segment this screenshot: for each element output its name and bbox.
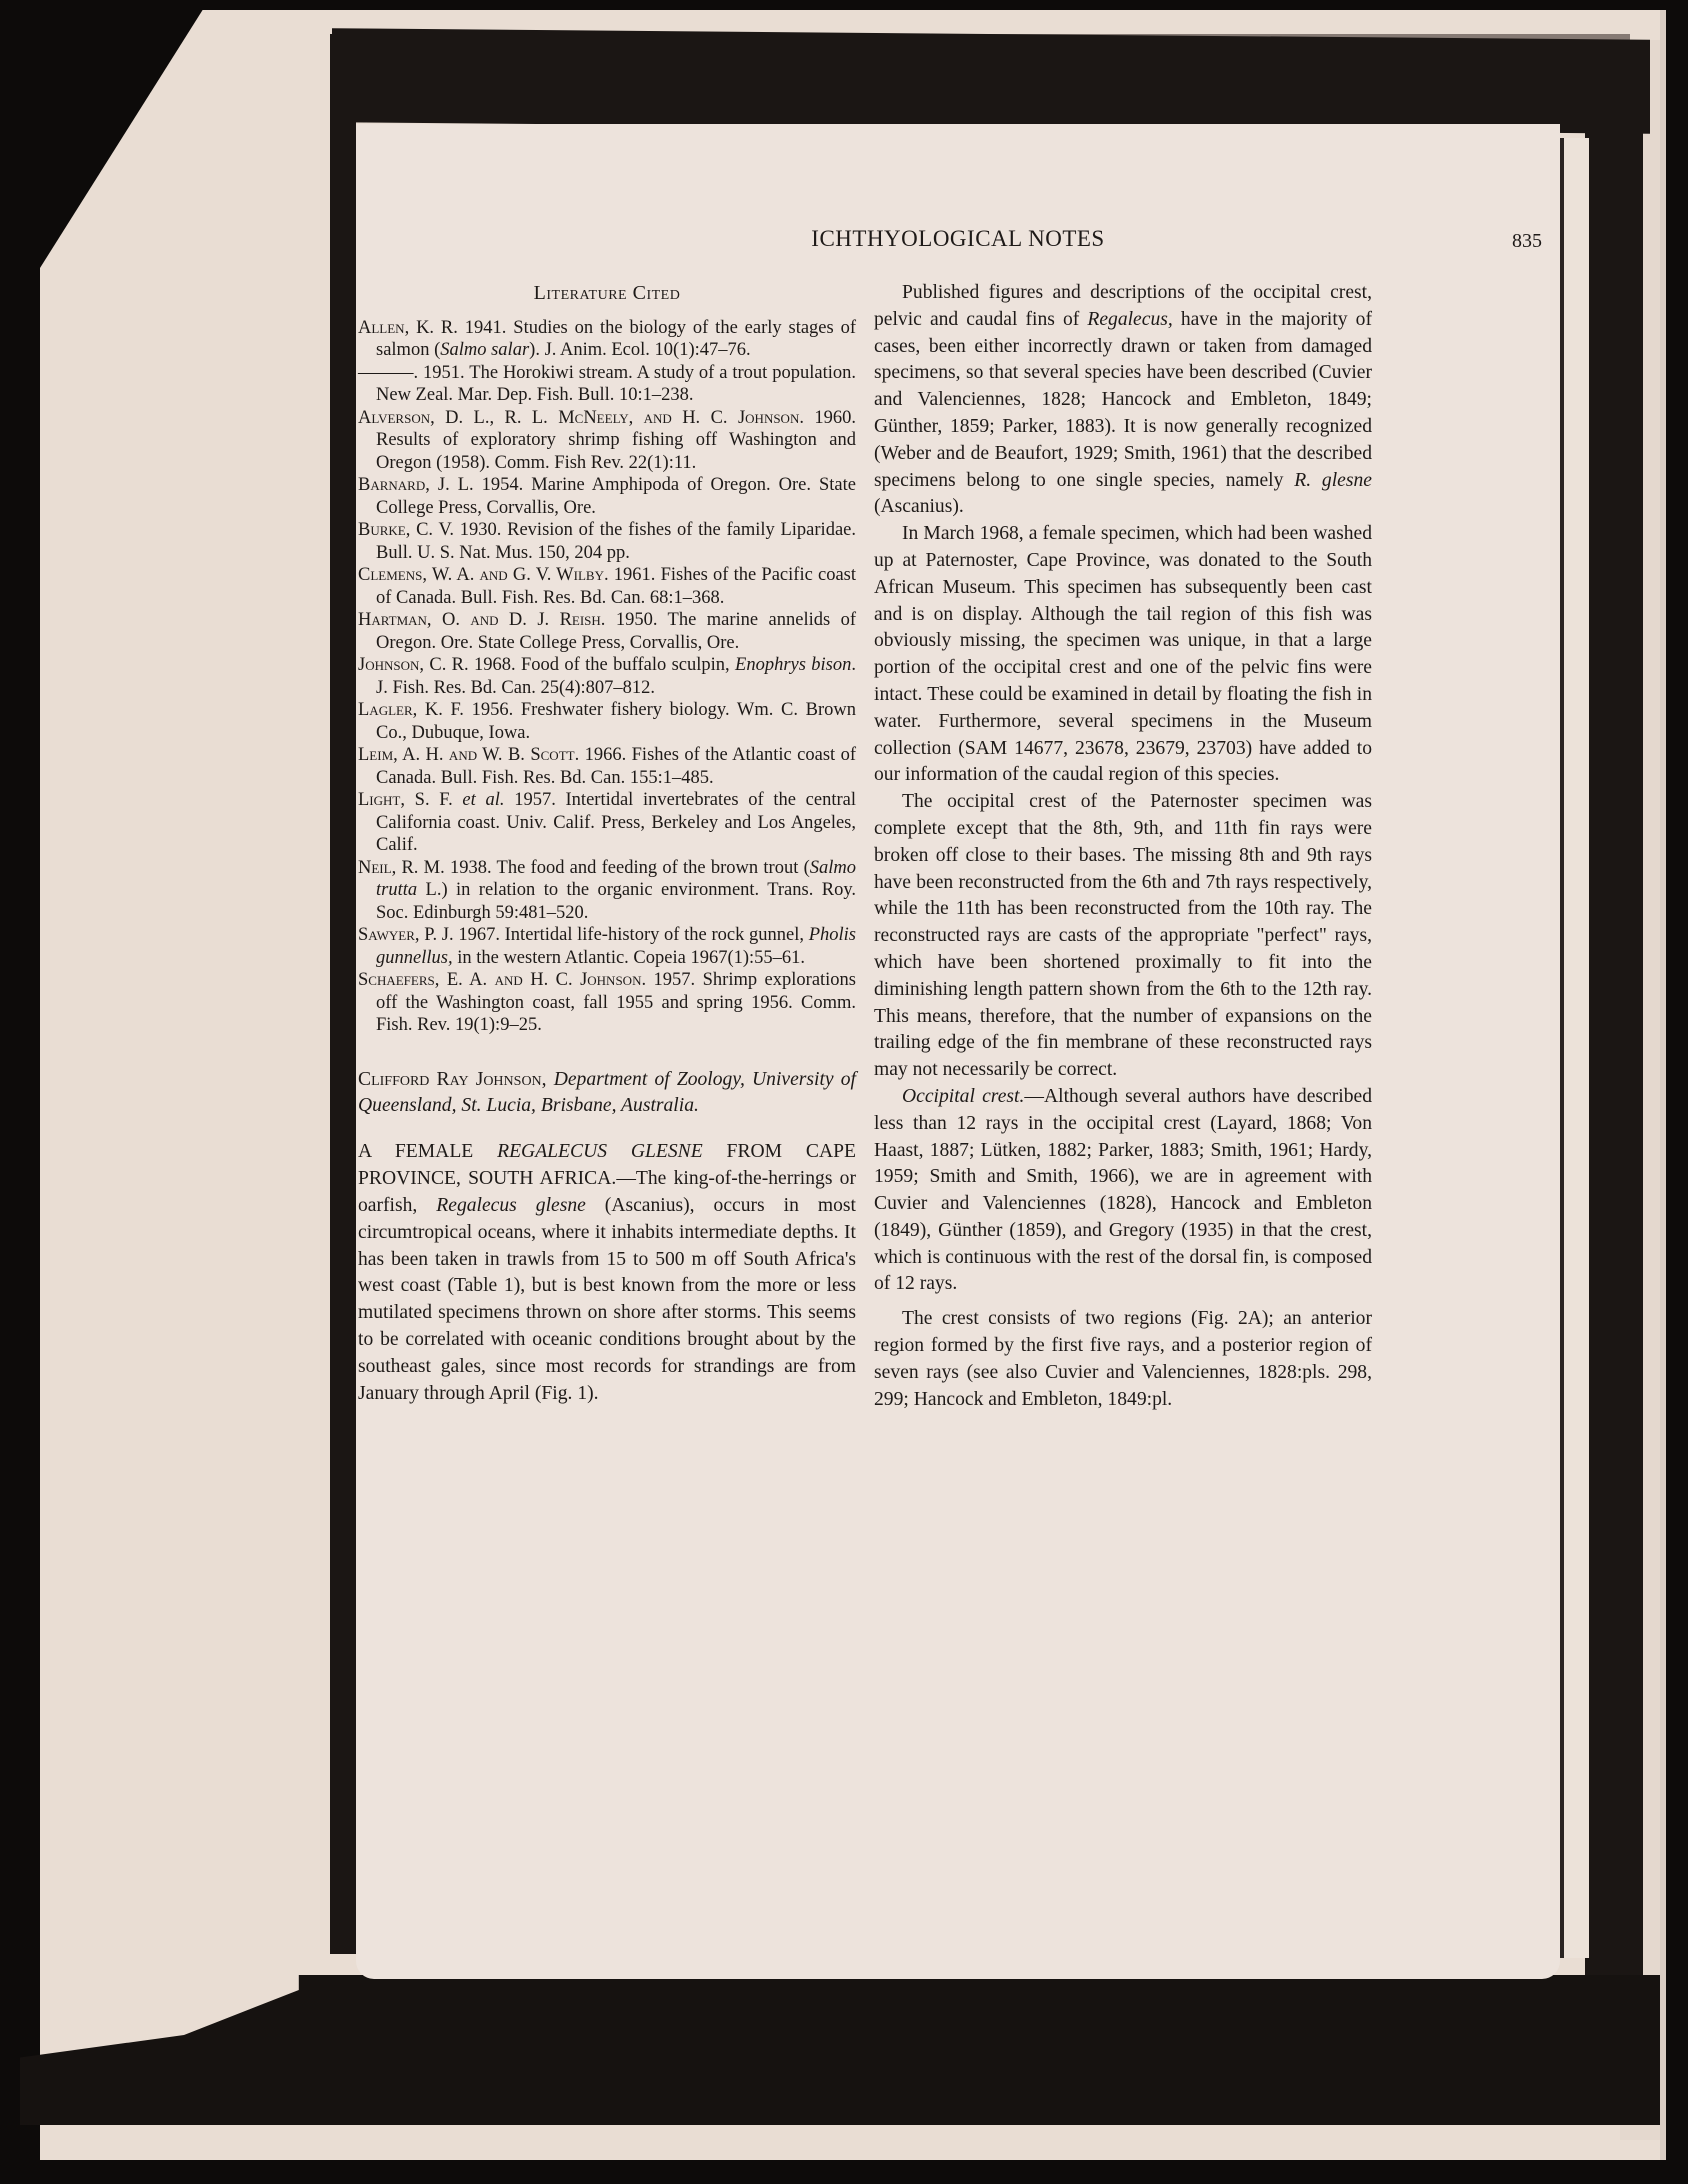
reference-item: Burke, C. V. 1930. Revision of the fishe… <box>358 519 856 564</box>
scan-frame-strip <box>1560 138 1589 1958</box>
body-paragraph: Occipital crest.—Although several author… <box>874 1084 1372 1298</box>
scan-frame-top <box>332 28 1650 134</box>
reference-item: Clemens, W. A. and G. V. Wilby. 1961. Fi… <box>358 564 856 609</box>
scan-frame-right <box>1585 100 1643 2000</box>
reference-item: ———. 1951. The Horokiwi stream. A study … <box>358 362 856 407</box>
reference-item: Schaefers, E. A. and H. C. Johnson. 1957… <box>358 969 856 1037</box>
reference-item: Alverson, D. L., R. L. McNeely, and H. C… <box>358 407 856 475</box>
running-title: ICHTHYOLOGICAL NOTES <box>356 226 1560 252</box>
reference-item: Johnson, C. R. 1968. Food of the buffalo… <box>358 654 856 699</box>
body-paragraph: In March 1968, a female specimen, which … <box>874 521 1372 789</box>
left-column: Literature Cited Allen, K. R. 1941. Stud… <box>358 280 856 1407</box>
reference-item: Lagler, K. F. 1956. Freshwater fishery b… <box>358 699 856 744</box>
reference-item: Barnard, J. L. 1954. Marine Amphipoda of… <box>358 474 856 519</box>
reference-item: Light, S. F. et al. 1957. Intertidal inv… <box>358 789 856 857</box>
reference-item: Neil, R. M. 1938. The food and feeding o… <box>358 857 856 925</box>
reference-item: Sawyer, P. J. 1967. Intertidal life-hist… <box>358 924 856 969</box>
literature-cited-heading: Literature Cited <box>358 280 856 307</box>
author-name: Clifford Ray Johnson, <box>358 1069 547 1090</box>
body-paragraph: The occipital crest of the Paternoster s… <box>874 789 1372 1084</box>
article-intro: A FEMALE REGALECUS GLESNE FROM CAPE PROV… <box>358 1139 856 1407</box>
body-paragraph: The crest consists of two regions (Fig. … <box>874 1306 1372 1413</box>
author-signature: Clifford Ray Johnson, Department of Zool… <box>358 1067 856 1120</box>
reference-item: Allen, K. R. 1941. Studies on the biolog… <box>358 317 856 362</box>
subsection-heading: Occipital crest. <box>902 1086 1024 1107</box>
scan-frame-left <box>330 34 356 1954</box>
running-head: ICHTHYOLOGICAL NOTES 835 <box>356 226 1560 256</box>
reference-item: Hartman, O. and D. J. Reish. 1950. The m… <box>358 609 856 654</box>
page-number: 835 <box>1512 230 1542 253</box>
reference-list: Allen, K. R. 1941. Studies on the biolog… <box>358 317 856 1037</box>
right-column: Published figures and descriptions of th… <box>874 280 1372 1413</box>
body-paragraph: Published figures and descriptions of th… <box>874 280 1372 521</box>
journal-page: ICHTHYOLOGICAL NOTES 835 Literature Cite… <box>356 124 1560 1979</box>
reference-item: Leim, A. H. and W. B. Scott. 1966. Fishe… <box>358 744 856 789</box>
